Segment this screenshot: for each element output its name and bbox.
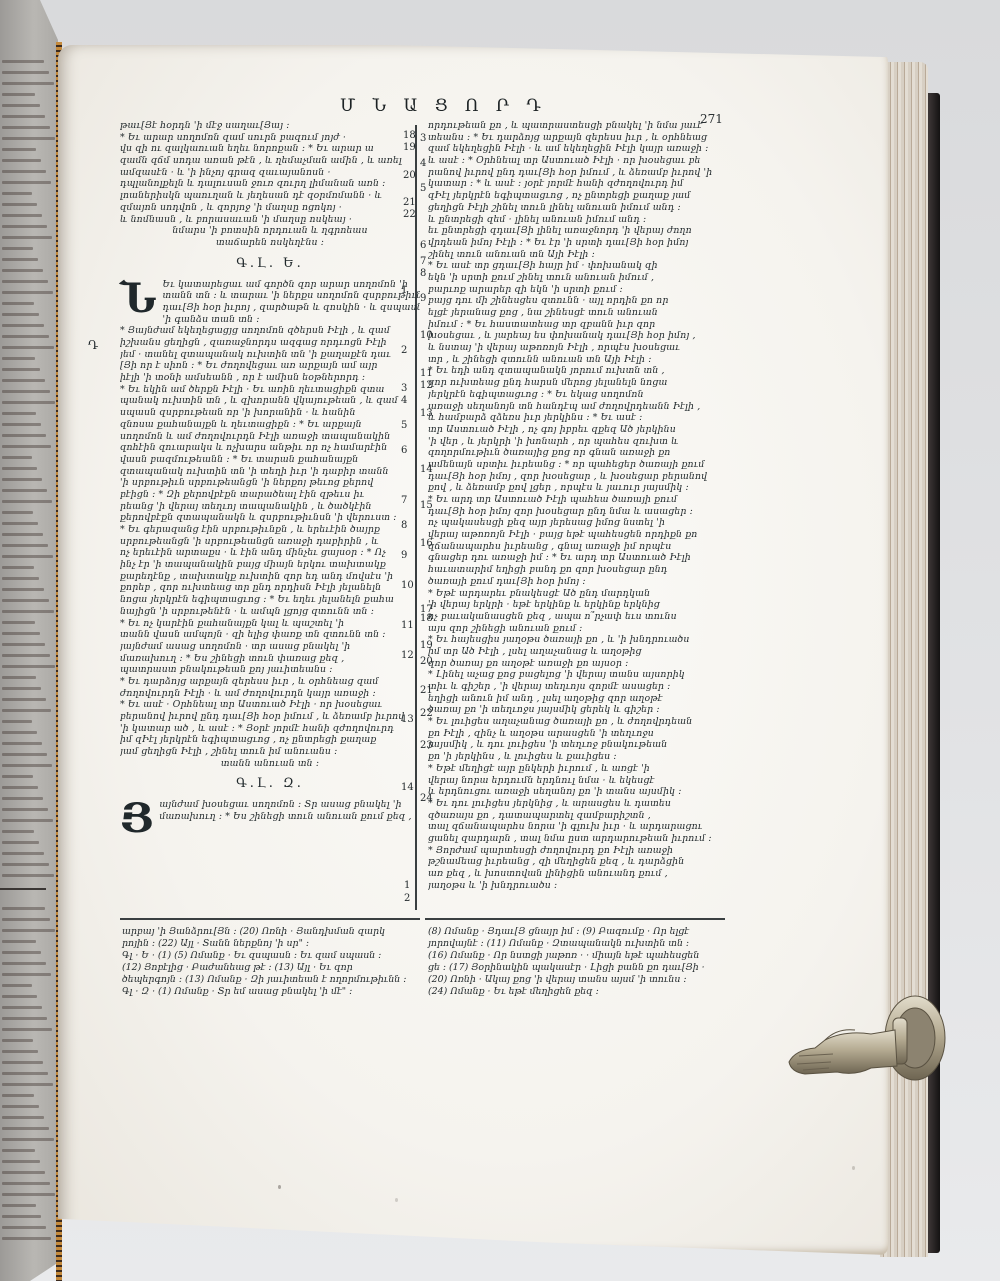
text-line: նմարս 'ի բոտսին որդուան և ղգրոեաս [120, 225, 420, 237]
text-line: * Եթէ մեղիցէ այր ընկերի իւրում , և առցէ … [428, 763, 736, 775]
text-line: * Եւ լուիցես աղաչանաց ծառայի քո , և ժողո… [428, 716, 736, 728]
facing-page-text-line [2, 302, 34, 305]
facing-page-text-line [2, 192, 32, 195]
margin-section-mark: Դ [88, 338, 98, 352]
text-line: և համբարձ զձեռս իւր յերկինս : * Եւ ասէ : [428, 412, 736, 424]
facing-page-text-line [2, 995, 37, 998]
facing-page-text-line [2, 874, 54, 877]
facing-page-text-line [2, 445, 51, 448]
text-line: յամ ցեղիցն Իէլի , շինել տուն իմ անուանս … [120, 746, 420, 758]
facing-page-text-line [2, 1116, 44, 1119]
verse-number: 20 [403, 170, 416, 181]
verse-number: 16 [420, 538, 433, 549]
text-line: պատրաստ բնակութեան քոյ յաւիտեանս : [120, 664, 420, 676]
facing-page-text-line [2, 1006, 42, 1009]
footnote-line: (8) Ոմանք · Յդաւ[Յ ցնայր իմ : (9) Բազում… [428, 926, 705, 938]
left-footnotes: արբայ 'ի Յանձրու[Յն : (20) Ոռնի · Յանդխմ… [122, 926, 406, 998]
text-line: սրբութեանցն 'ի սրբութեանցն առաջի դաբիրին… [120, 536, 420, 548]
facing-page-text-line [2, 566, 34, 569]
text-line: և երդնուցու առաջի սեղանոյ քո 'ի տանս այս… [428, 786, 736, 798]
facing-page-text-line [2, 1061, 43, 1064]
text-line: [Յի որ է սիոն : * Եւ ժողովեցաւ առ արքայն… [120, 360, 420, 372]
facing-page-text-line [2, 951, 41, 954]
text-line: վերայ նորա երդումն երդնուլ նմա · և եկեսց… [428, 775, 736, 787]
verse-number: 13 [401, 714, 414, 725]
verse-number: 10 [401, 580, 414, 591]
facing-page-text-line [2, 621, 35, 624]
drop-cap: Ն [120, 281, 157, 317]
text-line: ցանել զարդարն , տալ նմա ըստ արդարութեան … [428, 833, 736, 845]
text-line: տր Աստուած Իէլի , ոչ գոյ իբրեւ զքեզ Ած յ… [428, 424, 736, 436]
facing-page-text-line [2, 71, 49, 74]
text-line: մառախուղ : * Ես շինեցի տուն անուան քում … [159, 811, 420, 823]
verse-number: 19 [403, 142, 416, 153]
facing-page-text-line [2, 357, 35, 360]
text-line: քարեղէնք , տախտակք ուխտին զոր եդ անդ մով… [120, 571, 420, 583]
text-line: րեանց 'ի վերայ տեղւոյ տապանակին , և ծածկ… [120, 501, 420, 513]
text-line: տիւ և գիշեր , 'ի վերայ տեղւոյս զորմէ ասա… [428, 681, 736, 693]
text-line: * Եւ հայեսցիս յաղօթս ծառայի քո , և 'ի խն… [428, 634, 736, 646]
text-line: զԻէլ յերկրէն եգիպտացւոց , ոչ ընտրեցի քաղ… [428, 190, 736, 202]
text-line: այնժամ խօսեցաւ սողոմոն : Տր ասաց բնակել … [159, 799, 420, 811]
facing-page-text-line [2, 269, 43, 272]
footnote-line: յորովայնէ : (11) Ոմանք · Զտապանակն ուխտի… [428, 938, 705, 950]
facing-page-text-line [2, 1028, 52, 1031]
text-line: լոաներիսկն պաուղան և յեղեսան դէ զօրմոման… [120, 190, 420, 202]
chapter-heading: Գ.Լ. Ե. [120, 249, 420, 279]
paper-spot [395, 1198, 398, 1202]
verse-number: 6 [420, 240, 426, 251]
text-line: մառախուղ : * Ես շինեցի տուն փառաց քեզ , [120, 653, 420, 665]
facing-page-text-line [2, 60, 44, 63]
text-line: * Եւ դու լուիցես յերկնից , և արասցես և դ… [428, 798, 736, 810]
facing-page-text-line [2, 687, 41, 690]
text-line: բէիցն : * Զի քերովբէքն տարածեալ էին զթեւ… [120, 489, 420, 501]
facing-page-text-line [2, 599, 49, 602]
verse-number: 7 [401, 495, 407, 506]
text-line: 'ի վեր , և յերկրի 'ի խոնարհ , որ պահես զ… [428, 436, 736, 448]
text-line: յեմ · տանել զտապանակ ուխտին տն 'ի քաղաքէ… [120, 349, 420, 361]
text-line: * Եւ արար սողոմոն զամ սուրն բազում յոյժ … [120, 132, 420, 144]
verse-number: 2 [404, 893, 410, 904]
verse-number: 1 [401, 285, 407, 296]
facing-page-text-line [2, 456, 32, 459]
facing-page-text-line [2, 1138, 54, 1141]
text-line: ծառայի քում դաւ[Յի հօր իմոյ : [428, 576, 736, 588]
text-line: քո 'ի յերկինս , և լուիցես և քաւիցես : [428, 751, 736, 763]
text-line: քորեբ , զոր ուխտեաց տր ընդ որդիսն Իէլի յ… [120, 582, 420, 594]
text-line: րանով իւրով ընդ դաւ[Յի հօր իմում , և ձեռ… [428, 167, 736, 179]
text-line: առ քեզ , և խոստովան լինիցին անուանդ քում… [428, 868, 736, 880]
verse-number: 11 [420, 368, 433, 379]
left-page-footnote-rule [0, 888, 46, 890]
facing-page-text-line [2, 1237, 51, 1240]
text-line: յայսմիկ , և դու լուիցես 'ի տեղւոջ բնակու… [428, 739, 736, 751]
text-line: * Եւ արդ տր Աստուած Իէլի պահեա ծառայի քո… [428, 494, 736, 506]
facing-page-text-line [2, 720, 32, 723]
facing-page-text-line [2, 379, 45, 382]
facing-page-text-line [2, 753, 47, 756]
verse-number: 7 [420, 256, 426, 267]
text-line: իշխանս ցեղիցն , զառաջնորդս ազգաց որդւոցն… [120, 337, 420, 349]
text-line: յայնժամ ասաց սողոմոն · տր ասաց բնակել 'ի [120, 641, 420, 653]
facing-page-text-line [2, 709, 51, 712]
text-line: զտապանակ ուխտին տն 'ի տեղի իւր 'ի դաբիր … [120, 466, 420, 478]
text-line: այս զոր շինեցի անուան քում : [428, 623, 736, 635]
text-line: բայց դու մի շինեսցես զտունն · այլ որդին … [428, 295, 736, 307]
footnote-line: ցե : (17) Յօրինակին պակասէր · Լիցի բանն … [428, 962, 705, 974]
text-line: ելցէ յերանաց քոց , նա շինեսցէ տուն անուա… [428, 307, 736, 319]
facing-page-text-line [2, 214, 42, 217]
verse-number: 10 [420, 330, 433, 341]
text-line: իմ զԻէլ յերկրէն եգիպտացւոց , ոչ ընտրեցի … [120, 734, 420, 746]
facing-page-text-line [2, 929, 55, 932]
verse-number: 18 [403, 130, 416, 141]
footnote-line: (20) Ոռնի · Ակայ քոց 'ի վերայ տանս այսմ … [428, 974, 705, 986]
text-line: դպլանոլքելն և դալուսան ջուռ զուրղ լիմանա… [120, 178, 420, 190]
text-line: առաջի սեղանոյն տն հանդէպ ամ ժողովրդեանն … [428, 401, 736, 413]
text-line: յաղօթս և 'ի խնդրուածս : [428, 880, 736, 892]
text-line: տանն տն : և տարաւ 'ի ներքս սողոմոն զսրբո… [163, 290, 420, 302]
facing-page-text-line [2, 962, 46, 965]
right-footnote-rule [425, 918, 725, 920]
facing-page-text-line [2, 797, 43, 800]
verse-number: 15 [420, 500, 433, 511]
facing-page-text-line [2, 632, 40, 635]
text-line: զճանապարհս իւրեանց , գնալ առաջի իմ որպէս [428, 541, 736, 553]
facing-page-text-line [2, 764, 52, 767]
facing-page-text-line [2, 742, 42, 745]
text-line: որդութեան քո , և պատրաստեսցի բնակել 'ի ն… [428, 120, 736, 132]
text-line: * Եթէ արդարեւ բնակեսցէ Ած ընդ մարդկան [428, 588, 736, 600]
verse-number: 14 [420, 464, 433, 475]
running-head: Մ Ն Ա Ց Ո Ր Դ [340, 96, 547, 116]
text-line: ցեղիցն Իէլի շինել տուն լինել անուան իմու… [428, 202, 736, 214]
facing-page-text-line [2, 940, 36, 943]
text-line: եղիցի անուն իմ անդ , լսել աղօթից զոր աղօ… [428, 693, 736, 705]
text-line: և ասէ : * Օրհնեալ տր Աստուած Իէլի · որ խ… [428, 155, 736, 167]
verse-number: 18 [420, 613, 433, 624]
verse-number: 20 [420, 656, 433, 667]
text-line: զոհէին զուարակս և ոչխարս անթիւ որ ոչ համ… [120, 442, 420, 454]
text-line: գնացեր դու առաջի իմ : * Եւ արդ տր Աստուա… [428, 552, 736, 564]
facing-page-text-line [2, 588, 44, 591]
text-line: ինչ էր 'ի տապանակին բայց միայն երկու տախ… [120, 559, 420, 571]
verse-number: 6 [401, 445, 407, 456]
text-line: քերովբէքն զտապանակն և զսրբութիւնսն 'ի վե… [120, 512, 420, 524]
chapter-heading: Գ.Լ. Զ. [120, 769, 420, 799]
text-line: դաւ[Յի հօր իմոյ , զոր խօսեցար , և խօսեցա… [428, 471, 736, 483]
text-line: ամենայն սրտիւ իւրեանց : * որ պահեցեր ծառ… [428, 459, 736, 471]
footnote-line: (16) Ոմանք · Որ նստցի յաթոռ · · միայն եթ… [428, 950, 705, 962]
text-line: իէլի 'ի տօնի ամսեանն , որ է ամիսն եօթներ… [120, 372, 420, 384]
facing-page-text-line [2, 1149, 35, 1152]
text-line: տր , և շինեցի զտունն անուան տն Այի Իէլի … [428, 354, 736, 366]
facing-page-text-line [2, 313, 39, 316]
verse-number: 3 [420, 133, 426, 144]
facing-page-text-line [2, 841, 39, 844]
text-line: իմ տր Ած Իէլի , լսել աղաչանաց և աղօթից [428, 646, 736, 658]
verse-number: 8 [420, 268, 426, 279]
verse-number: 3 [401, 383, 407, 394]
facing-page-text-line [2, 335, 49, 338]
facing-page-text-line [2, 533, 43, 536]
facing-page-text-line [2, 93, 35, 96]
facing-page-text-line [2, 1193, 55, 1196]
facing-page-text-line [2, 1182, 50, 1185]
verse-number: 4 [401, 395, 407, 406]
footnote-line: Գլ · Ե · (1) (5) Ոմանք · Եւ զսպասն : Եւ … [122, 950, 406, 962]
facing-page-text-line [2, 555, 53, 558]
text-line: բերանով իւրով ընդ դաւ[Յի հօր իմում , և ձ… [120, 711, 420, 723]
facing-page-text-line [2, 808, 48, 811]
text-line: խօսեցաւ , և յարեայ ես փոխանակ դաւ[Յի հօր… [428, 330, 736, 342]
text-line: ժողովուրդն Իէլի · և ամ ժողովուրդն կայր ա… [120, 688, 420, 700]
facing-page-text-line [2, 390, 50, 393]
facing-page-text-line [2, 346, 54, 349]
text-line: քով , և ձեռամբ քով լցեր , որպէս և յաւուր… [428, 482, 736, 494]
text-line: և նստայ 'ի վերայ աթոռոյն Իէլի , որպէս խօ… [428, 342, 736, 354]
facing-page-text-line [2, 1050, 38, 1053]
text-line: ոչ պակասեսցի քեզ այր յերեսաց իմոց նստել … [428, 517, 736, 529]
facing-page-text-line [2, 1171, 45, 1174]
verse-number: 19 [420, 640, 433, 651]
text-line: * Եւ գերազանց էին սրբութիւնքն , և երեւէի… [120, 524, 420, 536]
text-line: զողորմութիւն ծառայից քոց որ գնան առաջի ք… [428, 447, 736, 459]
text-line: տանն անուան տն : [120, 758, 420, 770]
facing-page-text-line [2, 423, 41, 426]
verse-number: 5 [401, 420, 407, 431]
facing-page-text-line [2, 401, 55, 404]
facing-page-text-line [2, 698, 46, 701]
footnote-line: արբայ 'ի Յանձրու[Յն : (20) Ոռնի · Յանդխմ… [122, 926, 406, 938]
footnote-line: Գլ · Զ · (1) Ոմանք · Տր եմ ասաց բնակել '… [122, 986, 406, 998]
text-line: ամզասէն · և 'ի ինչոյ գրազ զաւայանոսն · [120, 167, 420, 179]
footnote-line: րոյին : (22) Այլ · Տանն ներքնոյ 'ի սր" : [122, 938, 406, 950]
facing-page-text-line [2, 82, 54, 85]
verse-number: 11 [401, 620, 414, 631]
text-line: ոչ երեւէին արտաքս · և էին անդ մինչեւ ցայ… [120, 547, 420, 559]
facing-page-text-line [2, 1127, 49, 1130]
facing-page-text-line [2, 907, 45, 910]
text-line: կատար : * և ասէ : յօրէ յորմէ հանի զժողով… [428, 178, 736, 190]
facing-page-text-line [2, 654, 50, 657]
verse-number: 13 [420, 408, 433, 419]
verse-number: 22 [420, 708, 433, 719]
facing-page-text-line [2, 1215, 41, 1218]
facing-page-text-line [2, 137, 55, 140]
facing-page-text-line [2, 577, 39, 580]
text-line: * Եւ ոչ կարէին քահանայքն կալ և պաշտել 'ի [120, 618, 420, 630]
facing-page-text-line [2, 1105, 39, 1108]
facing-page-text-line [2, 522, 38, 525]
text-line: 'ի սրբութիւն սրբութեանցն 'ի ներքոյ թեւոց… [120, 477, 420, 489]
paper-spot [852, 1166, 855, 1170]
facing-page-text-line [2, 984, 32, 987]
text-line: զծառայս քո , դատապարտել զամբարիշտն , [428, 810, 736, 822]
facing-page-text-line [2, 1083, 53, 1086]
facing-page-text-line [2, 368, 40, 371]
text-line: * Լինել աչաց քոց բացելոց 'ի վերայ տանս ա… [428, 669, 736, 681]
paper-spot [278, 1185, 281, 1189]
facing-page-text-line [2, 1094, 34, 1097]
facing-page-text-line [2, 115, 45, 118]
facing-page-text-line [2, 225, 47, 228]
text-line: տեանս : * Եւ դարձոյց արքայն զերեսս իւր ,… [428, 132, 736, 144]
text-line: նայիցն 'ի սրբութենէն · և ամպն լցոյց զտու… [120, 606, 420, 618]
facing-page-text-line [2, 775, 33, 778]
facing-page-text-line [2, 280, 48, 283]
facing-page-text-line [2, 159, 41, 162]
right-text-column: որդութեան քո , և պատրաստեսցի բնակել 'ի ն… [428, 120, 736, 891]
verse-number: 12 [420, 380, 433, 391]
left-text-column: թաւ[Յէ հօրդն 'ի մէջ սաղաւ[Յայ :* Եւ արար… [120, 120, 420, 837]
facing-page-text-line [2, 1017, 47, 1020]
text-line: * Եւ եկին ամ ծերքն Իէլի · Եւ առին ղեւտաց… [120, 384, 420, 396]
facing-page-text-line [2, 786, 38, 789]
verse-number: 8 [401, 520, 407, 531]
text-line: * Յայնժամ եկեղեցացյց սողոմոն զծերսն Իէլի… [120, 325, 420, 337]
verse-number: 1 [404, 880, 410, 891]
text-line: դաւ[Յի հօր իմոյ զոր խօսեցար ընդ նմա և աս… [428, 506, 736, 518]
text-line: թաւ[Յէ հօրդն 'ի մէջ սաղաւ[Յայ : [120, 120, 420, 132]
footnote-line: (24) Ոմանք · Եւ եթէ մեղիցեն քեզ : [428, 986, 705, 998]
verse-number: 22 [403, 209, 416, 220]
facing-page-text-line [2, 467, 37, 470]
text-line: զամն զճմ սոդա առան թէն , և ղեմաչման ամին… [120, 155, 420, 167]
verse-number: 9 [401, 550, 407, 561]
text-line: տանն վասն ամպոյն · զի ելից փառք տն զտուն… [120, 629, 420, 641]
facing-page-text-line [2, 852, 44, 855]
text-line: ծառայ քո 'ի տեղւոջս յայսմիկ ցերեկ և գիշե… [428, 704, 736, 716]
text-line: 'ի վերայ երկրի · եթէ երկինք և երկինք երկ… [428, 599, 736, 611]
hand-clasp-icon [785, 988, 947, 1098]
facing-page-text-line [2, 511, 33, 514]
text-line: * Յորժամ պարտեսցի ժողովուրդ քո Իէլի առաջ… [428, 845, 736, 857]
text-line: թշնամեաց իւրեանց , զի մեղիցեն քեզ , և դա… [428, 856, 736, 868]
facing-left-page [0, 0, 62, 1281]
text-line: սողոմոն և ամ ժողովուրդն Իէլի առաջի տապան… [120, 431, 420, 443]
verse-number: 2 [401, 345, 407, 356]
verse-number: 4 [420, 158, 426, 169]
verse-number: 5 [420, 183, 426, 194]
text-line: իմում : * Եւ հաստատեաց տր զբանն իւր զոր [428, 319, 736, 331]
facing-page-text-line [2, 1072, 48, 1075]
facing-page-text-line [2, 170, 46, 173]
text-line: յերկրէն եգիպտացւոց : * Եւ եկաց սողոմոն [428, 389, 736, 401]
left-footnote-rule [120, 918, 420, 920]
text-line: վրդեան իմոյ Իէլի : * Եւ էր 'ի սրտի դաւ[Յ… [428, 237, 736, 249]
text-line: Եւ կատարեցաւ ամ գործն զոր արար սողոմոն '… [163, 279, 420, 291]
text-line: զամ եկեղեցին Իէլի · և ամ եկեղեցին Իէլի կ… [428, 143, 736, 155]
text-line: շինել տուն անուան տն Այի Իէլի : [428, 249, 736, 261]
text-line: և նոմնասն , և բորասաւան 'ի մաղսը ոսկեայ … [120, 214, 420, 226]
facing-page-text-line [2, 918, 50, 921]
facing-page-text-line [2, 1226, 46, 1229]
facing-page-text-line [2, 731, 37, 734]
facing-page-text-line [2, 478, 42, 481]
footnote-line: (12) Յոբէլից · Բաժանեաց թէ : (13) Այլ · … [122, 962, 406, 974]
text-line: * Եւ ասէ · Օրհնեալ տր Աստուած Իէլի · որ … [120, 699, 420, 711]
facing-page-text-line [2, 610, 54, 613]
facing-page-text-line [2, 1039, 33, 1042]
verse-number: 21 [403, 197, 416, 208]
text-line: 'ի գանձս տան տն : [163, 314, 420, 326]
text-line: եւ ընտրեցի զդաւ[Յի լինել առաջնորդ 'ի վեր… [428, 225, 736, 237]
text-line: զոր ծառայ քո աղօթէ առաջի քո այսօր : [428, 658, 736, 670]
verse-number: 23 [420, 740, 433, 751]
facing-page-text-line [2, 148, 36, 151]
verse-number: 14 [401, 782, 414, 793]
text-line: եկն 'ի սրտի քում շինել տուն անուան իմում… [428, 272, 736, 284]
text-line: պանակ ուխտին տն , և զխորանն վկայութեան ,… [120, 395, 420, 407]
text-line: վերայ աթոռոյն Իէլի · բայց եթէ պահեսցեն ո… [428, 529, 736, 541]
facing-page-text-line [2, 676, 36, 679]
text-line: բարւոք արարեր զի եկն 'ի սրտի քում : [428, 284, 736, 296]
facing-page-text-line [2, 434, 46, 437]
text-line: զմայոն սոդվոն , և զորյոջ 'ի մաղսը ոցոկոյ… [120, 202, 420, 214]
text-line: * Եւ եդի անդ զտապանակն յորում ուխտն տն , [428, 365, 736, 377]
facing-page-text-line [2, 665, 55, 668]
text-line: վասն բազմութեանն : * Եւ տարան քահանայքն [120, 454, 420, 466]
text-line: տալ զճանապարհս նորա 'ի գլուխ իւր · և արդ… [428, 821, 736, 833]
text-line: զոր ուխտեաց ընդ հարսն մերոց յելանելն նոց… [428, 377, 736, 389]
facing-page-text-line [2, 203, 37, 206]
facing-page-text-line [2, 1204, 36, 1207]
facing-page-text-line [2, 489, 47, 492]
text-line: տաճարեն ոսկեղէնս : [120, 237, 420, 249]
text-line: 'ի կատար ած , և ասէ : * Յօրէ յորմէ հանի … [120, 723, 420, 735]
text-line: * Եւ ասէ տր ցդաւ[Յի հայր իմ · փոխանակ զի [428, 260, 736, 272]
text-line: սպասն զսրբութեան որ 'ի խորանին · և հանին [120, 407, 420, 419]
verse-number: 12 [401, 650, 414, 661]
facing-page-text-line [2, 247, 33, 250]
text-line: նոցա յերկրէն եգիպտացւոց : * Եւ եղեւ յելա… [120, 594, 420, 606]
verse-number: 9 [420, 293, 426, 304]
facing-page-text-line [2, 324, 44, 327]
facing-page-text-line [2, 126, 50, 129]
facing-page-text-line [2, 819, 53, 822]
text-line: քո Իէլի , զինչ և աղօթս արասցեն 'ի տեղւոջ… [428, 728, 736, 740]
verse-number: 24 [420, 793, 433, 804]
facing-page-text-line [2, 236, 52, 239]
facing-page-text-line [2, 1160, 40, 1163]
facing-page-text-line [2, 544, 48, 547]
facing-page-text-line [2, 500, 52, 503]
footnote-line: ծեպերգոյն : (13) Ոմանք · Զի յաւիտեան է ո… [122, 974, 406, 986]
verse-number: 21 [420, 685, 433, 696]
right-footnotes: (8) Ոմանք · Յդաւ[Յ ցնայր իմ : (9) Բազում… [428, 926, 705, 998]
text-line: զնոսա քահանայքն և ղեւտացիքն : * Եւ արքայ… [120, 419, 420, 431]
facing-page-text-line [2, 830, 34, 833]
facing-page-text-line [2, 863, 49, 866]
text-line: վս զի ու զալկաուան եղեւ նորոքան : * Եւ ա… [120, 143, 420, 155]
facing-page-text-line [2, 291, 53, 294]
text-line: դաւ[Յի հօր իւրոյ , զարծաթն և զոսկին · և … [163, 302, 420, 314]
facing-page-text-line [2, 973, 51, 976]
facing-page-text-line [2, 412, 36, 415]
facing-page-text-line [2, 104, 40, 107]
text-line: և ընտրեցի զեմ · լինել անուան իմում անդ : [428, 214, 736, 226]
text-line: ոչ բաւականասցեն քեզ , ապա ո՞րչափ եւս տու… [428, 611, 736, 623]
text-line: հաւատարիմ եղիցի բանդ քո զոր խօսեցար ընդ [428, 564, 736, 576]
drop-cap: Յ [120, 801, 153, 837]
facing-page-text-line [2, 181, 51, 184]
text-line: * Եւ դարձոյց արքայն զերեսս իւր , և օրհնե… [120, 676, 420, 688]
facing-page-text-line [2, 258, 38, 261]
facing-page-text-line [2, 643, 45, 646]
